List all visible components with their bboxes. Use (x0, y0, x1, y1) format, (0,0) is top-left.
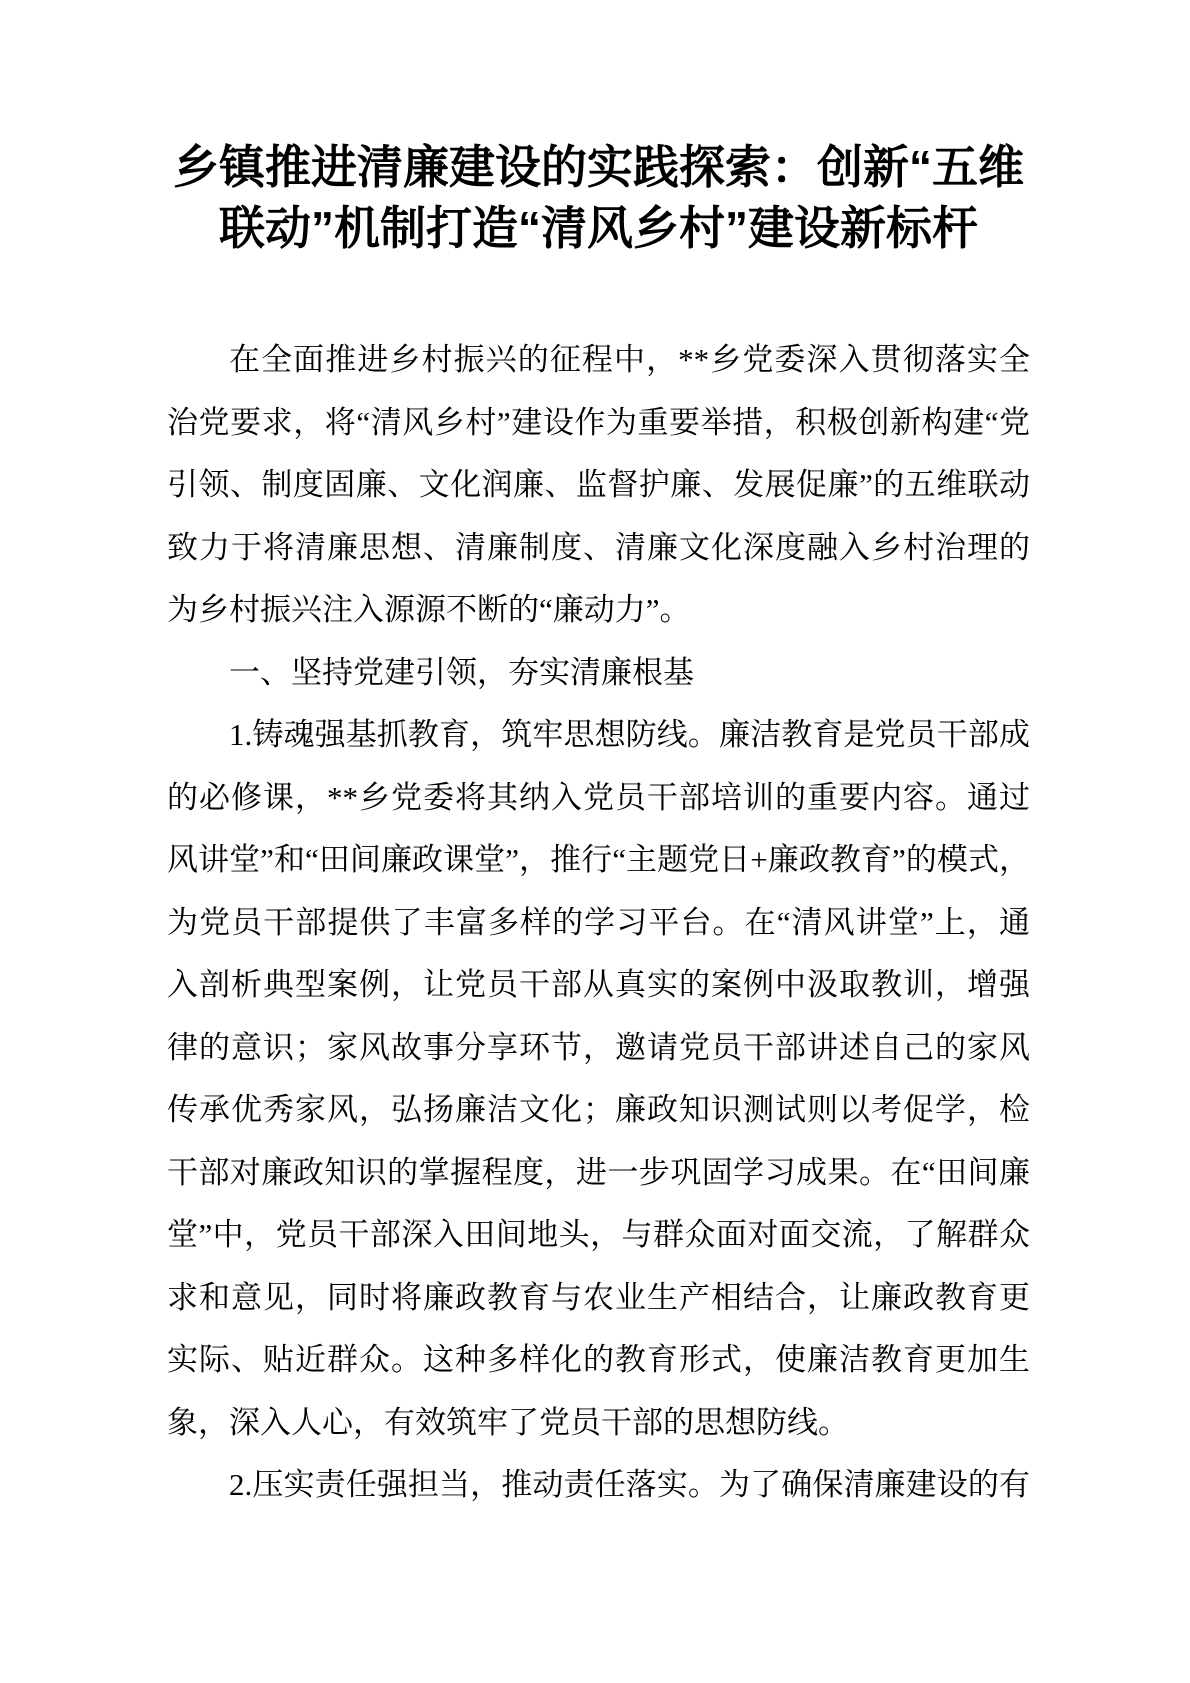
point-1-paragraph: 1.铸魂强基抓教育，筑牢思想防线。廉洁教育是党员干部成长的必修课，**乡党委将其… (167, 704, 1030, 1454)
section-heading-line: 一、坚持党建引领，夯实清廉根基 (167, 642, 1030, 705)
text-line: 求和意见，同时将廉政教育与农业生产相结合，让廉政教育更加贴近 (167, 1267, 1030, 1330)
text-line: 在全面推进乡村振兴的征程中，**乡党委深入贯彻落实全面从严 (167, 329, 1030, 392)
text-line: 入剖析典型案例，让党员干部从真实的案例中汲取教训，增强廉洁自 (167, 954, 1030, 1017)
document-title-line-1: 乡镇推进清廉建设的实践探索：创新“五维 (167, 137, 1030, 198)
intro-paragraph: 在全面推进乡村振兴的征程中，**乡党委深入贯彻落实全面从严治党要求，将“清风乡村… (167, 329, 1030, 642)
text-line: 引领、制度固廉、文化润廉、监督护廉、发展促廉”的五维联动机制， (167, 454, 1030, 517)
text-line: 致力于将清廉思想、清廉制度、清廉文化深度融入乡村治理的全过程， (167, 517, 1030, 580)
point-2-paragraph: 2.压实责任强担当，推动责任落实。为了确保清廉建设的有效 (167, 1454, 1030, 1517)
text-line: 2.压实责任强担当，推动责任落实。为了确保清廉建设的有效 (167, 1454, 1030, 1517)
text-line: 1.铸魂强基抓教育，筑牢思想防线。廉洁教育是党员干部成长 (167, 704, 1030, 767)
text-line: 治党要求，将“清风乡村”建设作为重要举措，积极创新构建“党建 (167, 392, 1030, 455)
document-title: 乡镇推进清廉建设的实践探索：创新“五维 联动”机制打造“清风乡村”建设新标杆 (167, 137, 1030, 259)
document-title-line-2: 联动”机制打造“清风乡村”建设新标杆 (167, 198, 1030, 259)
document-page: 乡镇推进清廉建设的实践探索：创新“五维 联动”机制打造“清风乡村”建设新标杆 在… (0, 0, 1190, 1683)
text-line: 堂”中，党员干部深入田间地头，与群众面对面交流，了解群众的需 (167, 1204, 1030, 1267)
text-line: 象，深入人心，有效筑牢了党员干部的思想防线。 (167, 1392, 1030, 1455)
text-line: 风讲堂”和“田间廉政课堂”，推行“主题党日+廉政教育”的模式， (167, 829, 1030, 892)
text-line: 干部对廉政知识的掌握程度，进一步巩固学习成果。在“田间廉政课 (167, 1142, 1030, 1205)
text-line: 的必修课，**乡党委将其纳入党员干部培训的重要内容。通过开设“清 (167, 767, 1030, 830)
text-line: 律的意识；家风故事分享环节，邀请党员干部讲述自己的家风故事， (167, 1017, 1030, 1080)
text-line: 为党员干部提供了丰富多样的学习平台。在“清风讲堂”上，通过深 (167, 892, 1030, 955)
text-line: 传承优秀家风，弘扬廉洁文化；廉政知识测试则以考促学，检验党员 (167, 1079, 1030, 1142)
section-1-heading: 一、坚持党建引领，夯实清廉根基 (167, 642, 1030, 705)
text-line: 实际、贴近群众。这种多样化的教育形式，使廉洁教育更加生动、形 (167, 1329, 1030, 1392)
document-body: 在全面推进乡村振兴的征程中，**乡党委深入贯彻落实全面从严治党要求，将“清风乡村… (167, 329, 1030, 1517)
text-line: 为乡村振兴注入源源不断的“廉动力”。 (167, 579, 1030, 642)
